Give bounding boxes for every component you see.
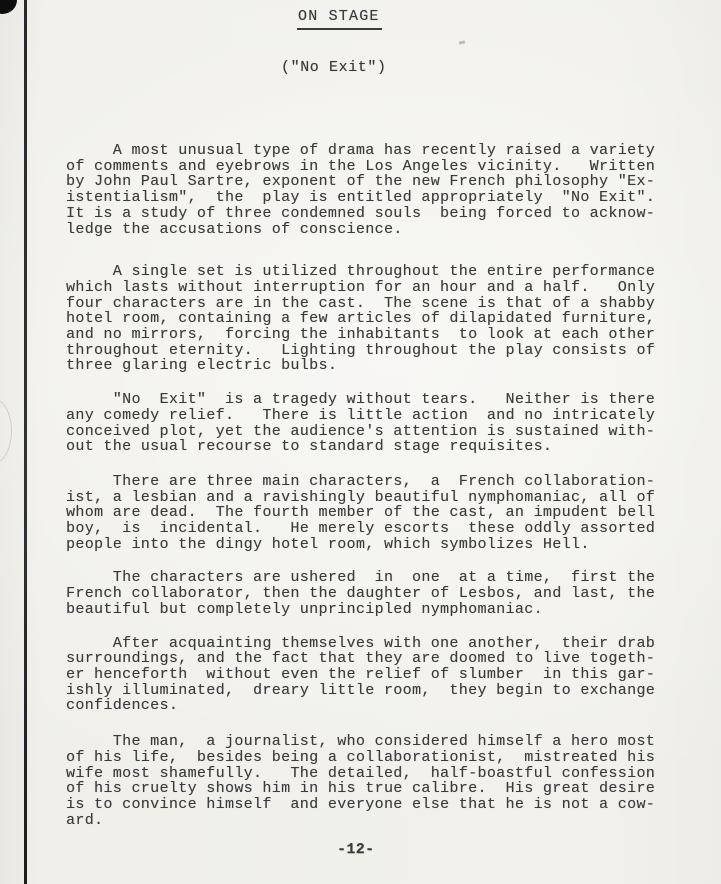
page-number: -12-: [337, 841, 374, 858]
punch-hole-mark: [0, 0, 17, 14]
text-line: which lasts without interruption for an …: [66, 280, 655, 296]
text-line: After acquainting themselves with one an…: [66, 636, 655, 652]
text-line: There are three main characters, a Frenc…: [66, 474, 655, 490]
text-line: people into the dingy hotel room, which …: [66, 537, 655, 553]
text-line: confidences.: [66, 698, 655, 714]
scan-scuff-mark: [0, 398, 12, 464]
text-line: of his life, besides being a collaborati…: [66, 750, 655, 766]
paragraph: The characters are ushered in one at a t…: [66, 570, 655, 617]
paragraph: A single set is utilized throughout the …: [66, 264, 655, 374]
text-line: The man, a journalist, who considered hi…: [66, 734, 655, 750]
paragraph: The man, a journalist, who considered hi…: [66, 734, 655, 828]
text-line: beautiful but completely unprincipled ny…: [66, 602, 655, 618]
text-line: surroundings, and the fact that they are…: [66, 651, 655, 667]
text-line: A most unusual type of drama has recentl…: [66, 143, 655, 159]
text-line: It is a study of three condemned souls b…: [66, 206, 655, 222]
document-page: ON STAGE ("No Exit") A most unusual type…: [0, 0, 721, 884]
text-line: is to convince himself and everyone else…: [66, 797, 655, 813]
article-body: A most unusual type of drama has recentl…: [66, 143, 655, 828]
text-line: of comments and eyebrows in the Los Ange…: [66, 159, 655, 175]
paragraph: After acquainting themselves with one an…: [66, 636, 655, 715]
text-line: French collaborator, then the daughter o…: [66, 586, 655, 602]
text-line: ard.: [66, 813, 655, 829]
text-line: ledge the accusations of conscience.: [66, 222, 655, 238]
text-line: any comedy relief. There is little actio…: [66, 408, 655, 424]
text-line: out the usual recourse to standard stage…: [66, 439, 655, 455]
subtitle-text: ("No Exit"): [281, 59, 387, 76]
paragraph: There are three main characters, a Frenc…: [66, 474, 655, 553]
text-line: The characters are ushered in one at a t…: [66, 570, 655, 586]
text-line: by John Paul Sartre, exponent of the new…: [66, 174, 655, 190]
text-line: er henceforth without even the relief of…: [66, 667, 655, 683]
text-line: wife most shamefully. The detailed, half…: [66, 766, 655, 782]
text-line: and no mirrors, forcing the inhabitants …: [66, 327, 655, 343]
page-footer: -12-: [337, 841, 374, 858]
text-line: hotel room, containing a few articles of…: [66, 311, 655, 327]
text-line: ist, a lesbian and a ravishingly beautif…: [66, 490, 655, 506]
text-column: ON STAGE ("No Exit") A most unusual type…: [66, 0, 666, 884]
text-line: four characters are in the cast. The sce…: [66, 296, 655, 312]
text-line: "No Exit" is a tragedy without tears. Ne…: [66, 392, 655, 408]
text-line: istentialism", the play is entitled appr…: [66, 190, 655, 206]
subtitle: ("No Exit"): [281, 59, 387, 76]
text-line: A single set is utilized throughout the …: [66, 264, 655, 280]
text-line: whom are dead. The fourth member of the …: [66, 505, 655, 521]
text-line: boy, is incidental. He merely escorts th…: [66, 521, 655, 537]
page-title: ON STAGE: [297, 8, 382, 30]
page-title-text: ON STAGE: [297, 8, 382, 30]
paragraph: A most unusual type of drama has recentl…: [66, 143, 655, 237]
text-line: three glaring electric bulbs.: [66, 358, 655, 374]
binding-edge-line: [24, 0, 27, 884]
text-line: ishly illuminated, dreary little room, t…: [66, 683, 655, 699]
paragraph: "No Exit" is a tragedy without tears. Ne…: [66, 392, 655, 455]
text-line: of his cruelty shows him in his true cal…: [66, 781, 655, 797]
text-line: conceived plot, yet the audience's atten…: [66, 424, 655, 440]
text-line: throughout eternity. Lighting throughout…: [66, 343, 655, 359]
